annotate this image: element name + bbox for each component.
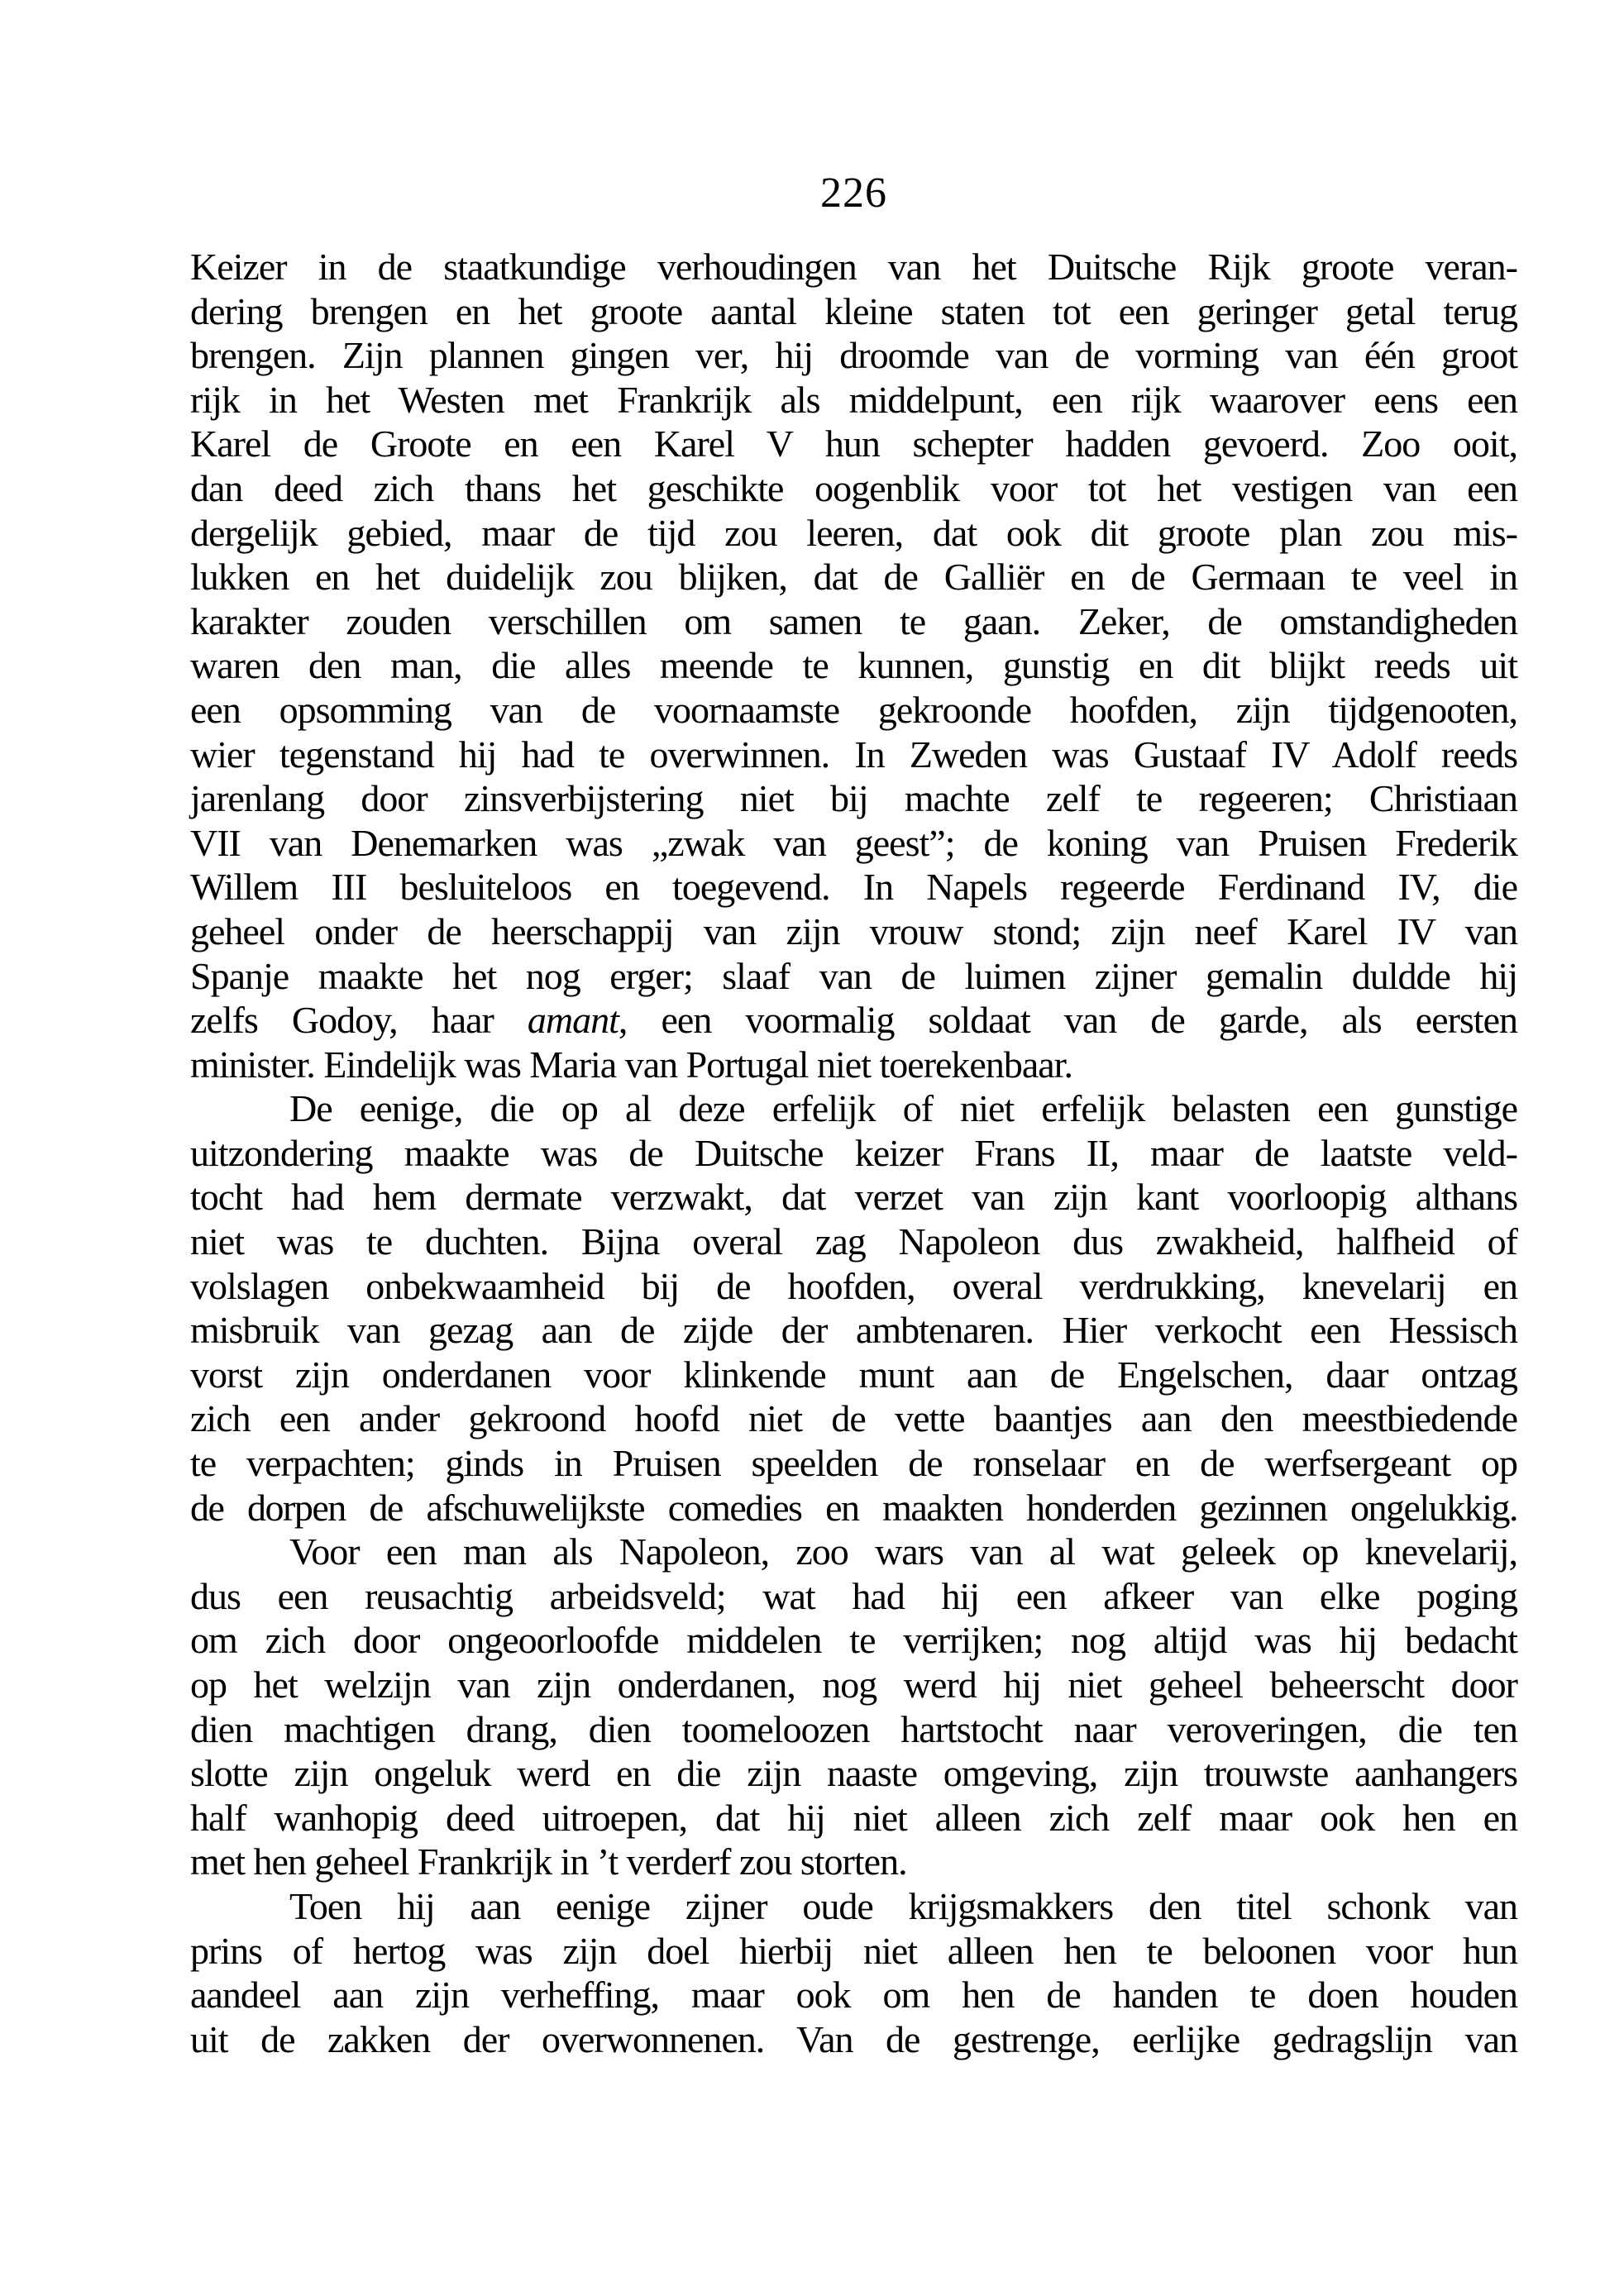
text-segment: dus een reusachtig arbeidsveld; wat had … <box>190 1575 1517 1617</box>
text-segment: zich een ander gekroond hoofd niet de ve… <box>190 1397 1517 1439</box>
text-segment: Voor een man als Napoleon, zoo wars van … <box>289 1530 1517 1573</box>
text-line: op het welzijn van zijn onderdanen, nog … <box>190 1663 1517 1707</box>
text-line: Spanje maakte het nog erger; slaaf van d… <box>190 954 1517 999</box>
text-line: Toen hij aan eenige zijner oude krijgsma… <box>190 1884 1517 1929</box>
text-line: met hen geheel Frankrijk in ’t verderf z… <box>190 1840 1517 1884</box>
text-line: half wanhopig deed uitroepen, dat hij ni… <box>190 1796 1517 1840</box>
text-segment: Spanje maakte het nog erger; slaaf van d… <box>190 955 1517 997</box>
text-segment: niet was te duchten. Bijna overal zag Na… <box>190 1220 1517 1263</box>
text-segment: Karel de Groote en een Karel V hun schep… <box>190 422 1517 465</box>
text-line: karakter zouden verschillen om samen te … <box>190 599 1517 644</box>
text-line: Keizer in de staatkundige verhoudingen v… <box>190 245 1517 289</box>
text-segment: VII van Denemarken was „zwak van geest”;… <box>190 822 1517 864</box>
text-segment: te verpachten; ginds in Pruisen speelden… <box>190 1442 1517 1484</box>
text-line: De eenige, die op al deze erfelijk of ni… <box>190 1086 1517 1131</box>
text-line: dien machtigen drang, dien toomeloozen h… <box>190 1707 1517 1752</box>
text-segment: De eenige, die op al deze erfelijk of ni… <box>289 1087 1517 1129</box>
text-line: dering brengen en het groote aantal klei… <box>190 289 1517 334</box>
text-line: prins of hertog was zijn doel hierbij ni… <box>190 1929 1517 1974</box>
text-line: waren den man, die alles meende te kunne… <box>190 643 1517 688</box>
text-line: lukken en het duidelijk zou blijken, dat… <box>190 555 1517 599</box>
text-line: Karel de Groote en een Karel V hun schep… <box>190 422 1517 466</box>
text-segment: waren den man, die alles meende te kunne… <box>190 644 1517 686</box>
text-segment: brengen. Zijn plannen gingen ver, hij dr… <box>190 334 1517 376</box>
text-line: misbruik van gezag aan de zijde der ambt… <box>190 1308 1517 1353</box>
text-line: wier tegenstand hij had te overwinnen. I… <box>190 733 1517 777</box>
italic-text: amant <box>528 999 619 1041</box>
text-segment: met hen geheel Frankrijk in ’t verderf z… <box>190 1840 907 1883</box>
text-line: vorst zijn onderdanen voor klinkende mun… <box>190 1353 1517 1397</box>
text-segment: jarenlang door zinsverbijstering niet bi… <box>190 777 1517 819</box>
text-segment: uit de zakken der overwonnenen. Van de g… <box>190 2018 1517 2060</box>
text-segment: karakter zouden verschillen om samen te … <box>190 600 1517 642</box>
text-line: niet was te duchten. Bijna overal zag Na… <box>190 1220 1517 1264</box>
text-segment: een opsomming van de voornaamste gekroon… <box>190 689 1517 731</box>
text-segment: vorst zijn onderdanen voor klinkende mun… <box>190 1353 1517 1396</box>
text-line: te verpachten; ginds in Pruisen speelden… <box>190 1441 1517 1486</box>
text-segment: uitzondering maakte was de Duitsche keiz… <box>190 1132 1517 1174</box>
text-line: de dorpen de afschuwelijkste comedies en… <box>190 1486 1517 1530</box>
text-segment: op het welzijn van zijn onderdanen, nog … <box>190 1664 1517 1706</box>
text-line: jarenlang door zinsverbijstering niet bi… <box>190 776 1517 821</box>
text-line: dus een reusachtig arbeidsveld; wat had … <box>190 1574 1517 1619</box>
text-line: om zich door ongeoorloofde middelen te v… <box>190 1618 1517 1663</box>
text-segment: half wanhopig deed uitroepen, dat hij ni… <box>190 1797 1517 1839</box>
text-line: een opsomming van de voornaamste gekroon… <box>190 688 1517 733</box>
text-line: tocht had hem dermate verzwakt, dat verz… <box>190 1175 1517 1220</box>
text-segment: zelfs Godoy, haar <box>190 999 528 1041</box>
text-segment: rijk in het Westen met Frankrijk als mid… <box>190 379 1517 421</box>
text-segment: Keizer in de staatkundige verhoudingen v… <box>190 246 1517 288</box>
text-segment: Toen hij aan eenige zijner oude krijgsma… <box>289 1885 1517 1927</box>
page-number: 226 <box>190 172 1517 215</box>
text-line: volslagen onbekwaamheid bij de hoofden, … <box>190 1264 1517 1309</box>
text-segment: slotte zijn ongeluk werd en die zijn naa… <box>190 1752 1517 1794</box>
text-segment: dan deed zich thans het geschikte oogenb… <box>190 467 1517 509</box>
text-line: aandeel aan zijn verheffing, maar ook om… <box>190 1973 1517 2017</box>
text-line: brengen. Zijn plannen gingen ver, hij dr… <box>190 333 1517 378</box>
text-line: zelfs Godoy, haar amant, een voormalig s… <box>190 998 1517 1043</box>
text-line: VII van Denemarken was „zwak van geest”;… <box>190 821 1517 866</box>
text-segment: minister. Eindelijk was Maria van Portug… <box>190 1043 1072 1086</box>
text-line: Willem III besluiteloos en toegevend. In… <box>190 865 1517 909</box>
text-line: zich een ander gekroond hoofd niet de ve… <box>190 1396 1517 1441</box>
text-line: dergelijk gebied, maar de tijd zou leere… <box>190 511 1517 556</box>
text-segment: om zich door ongeoorloofde middelen te v… <box>190 1619 1517 1661</box>
text-segment: dien machtigen drang, dien toomeloozen h… <box>190 1708 1517 1750</box>
text-line: slotte zijn ongeluk werd en die zijn naa… <box>190 1751 1517 1796</box>
text-line: uit de zakken der overwonnenen. Van de g… <box>190 2017 1517 2062</box>
text-segment: aandeel aan zijn verheffing, maar ook om… <box>190 1974 1517 2016</box>
book-page: 226 Keizer in de staatkundige verhouding… <box>0 0 1624 2277</box>
text-line: rijk in het Westen met Frankrijk als mid… <box>190 378 1517 422</box>
text-line: dan deed zich thans het geschikte oogenb… <box>190 466 1517 511</box>
text-segment: tocht had hem dermate verzwakt, dat verz… <box>190 1176 1517 1218</box>
text-segment: , een voormalig soldaat van de garde, al… <box>619 999 1517 1041</box>
text-segment: lukken en het duidelijk zou blijken, dat… <box>190 556 1517 598</box>
text-segment: dergelijk gebied, maar de tijd zou leere… <box>190 512 1517 554</box>
text-segment: wier tegenstand hij had te overwinnen. I… <box>190 733 1517 776</box>
text-segment: Willem III besluiteloos en toegevend. In… <box>190 866 1517 908</box>
text-segment: misbruik van gezag aan de zijde der ambt… <box>190 1309 1517 1351</box>
text-line: uitzondering maakte was de Duitsche keiz… <box>190 1131 1517 1176</box>
body-text: Keizer in de staatkundige verhoudingen v… <box>190 245 1517 2061</box>
text-segment: geheel onder de heerschappij van zijn vr… <box>190 910 1517 952</box>
text-segment: de dorpen de afschuwelijkste comedies en… <box>190 1487 1517 1529</box>
text-segment: prins of hertog was zijn doel hierbij ni… <box>190 1930 1517 1972</box>
text-line: minister. Eindelijk was Maria van Portug… <box>190 1043 1517 1087</box>
text-segment: dering brengen en het groote aantal klei… <box>190 290 1517 332</box>
text-line: Voor een man als Napoleon, zoo wars van … <box>190 1530 1517 1574</box>
text-line: geheel onder de heerschappij van zijn vr… <box>190 909 1517 954</box>
text-segment: volslagen onbekwaamheid bij de hoofden, … <box>190 1265 1517 1307</box>
